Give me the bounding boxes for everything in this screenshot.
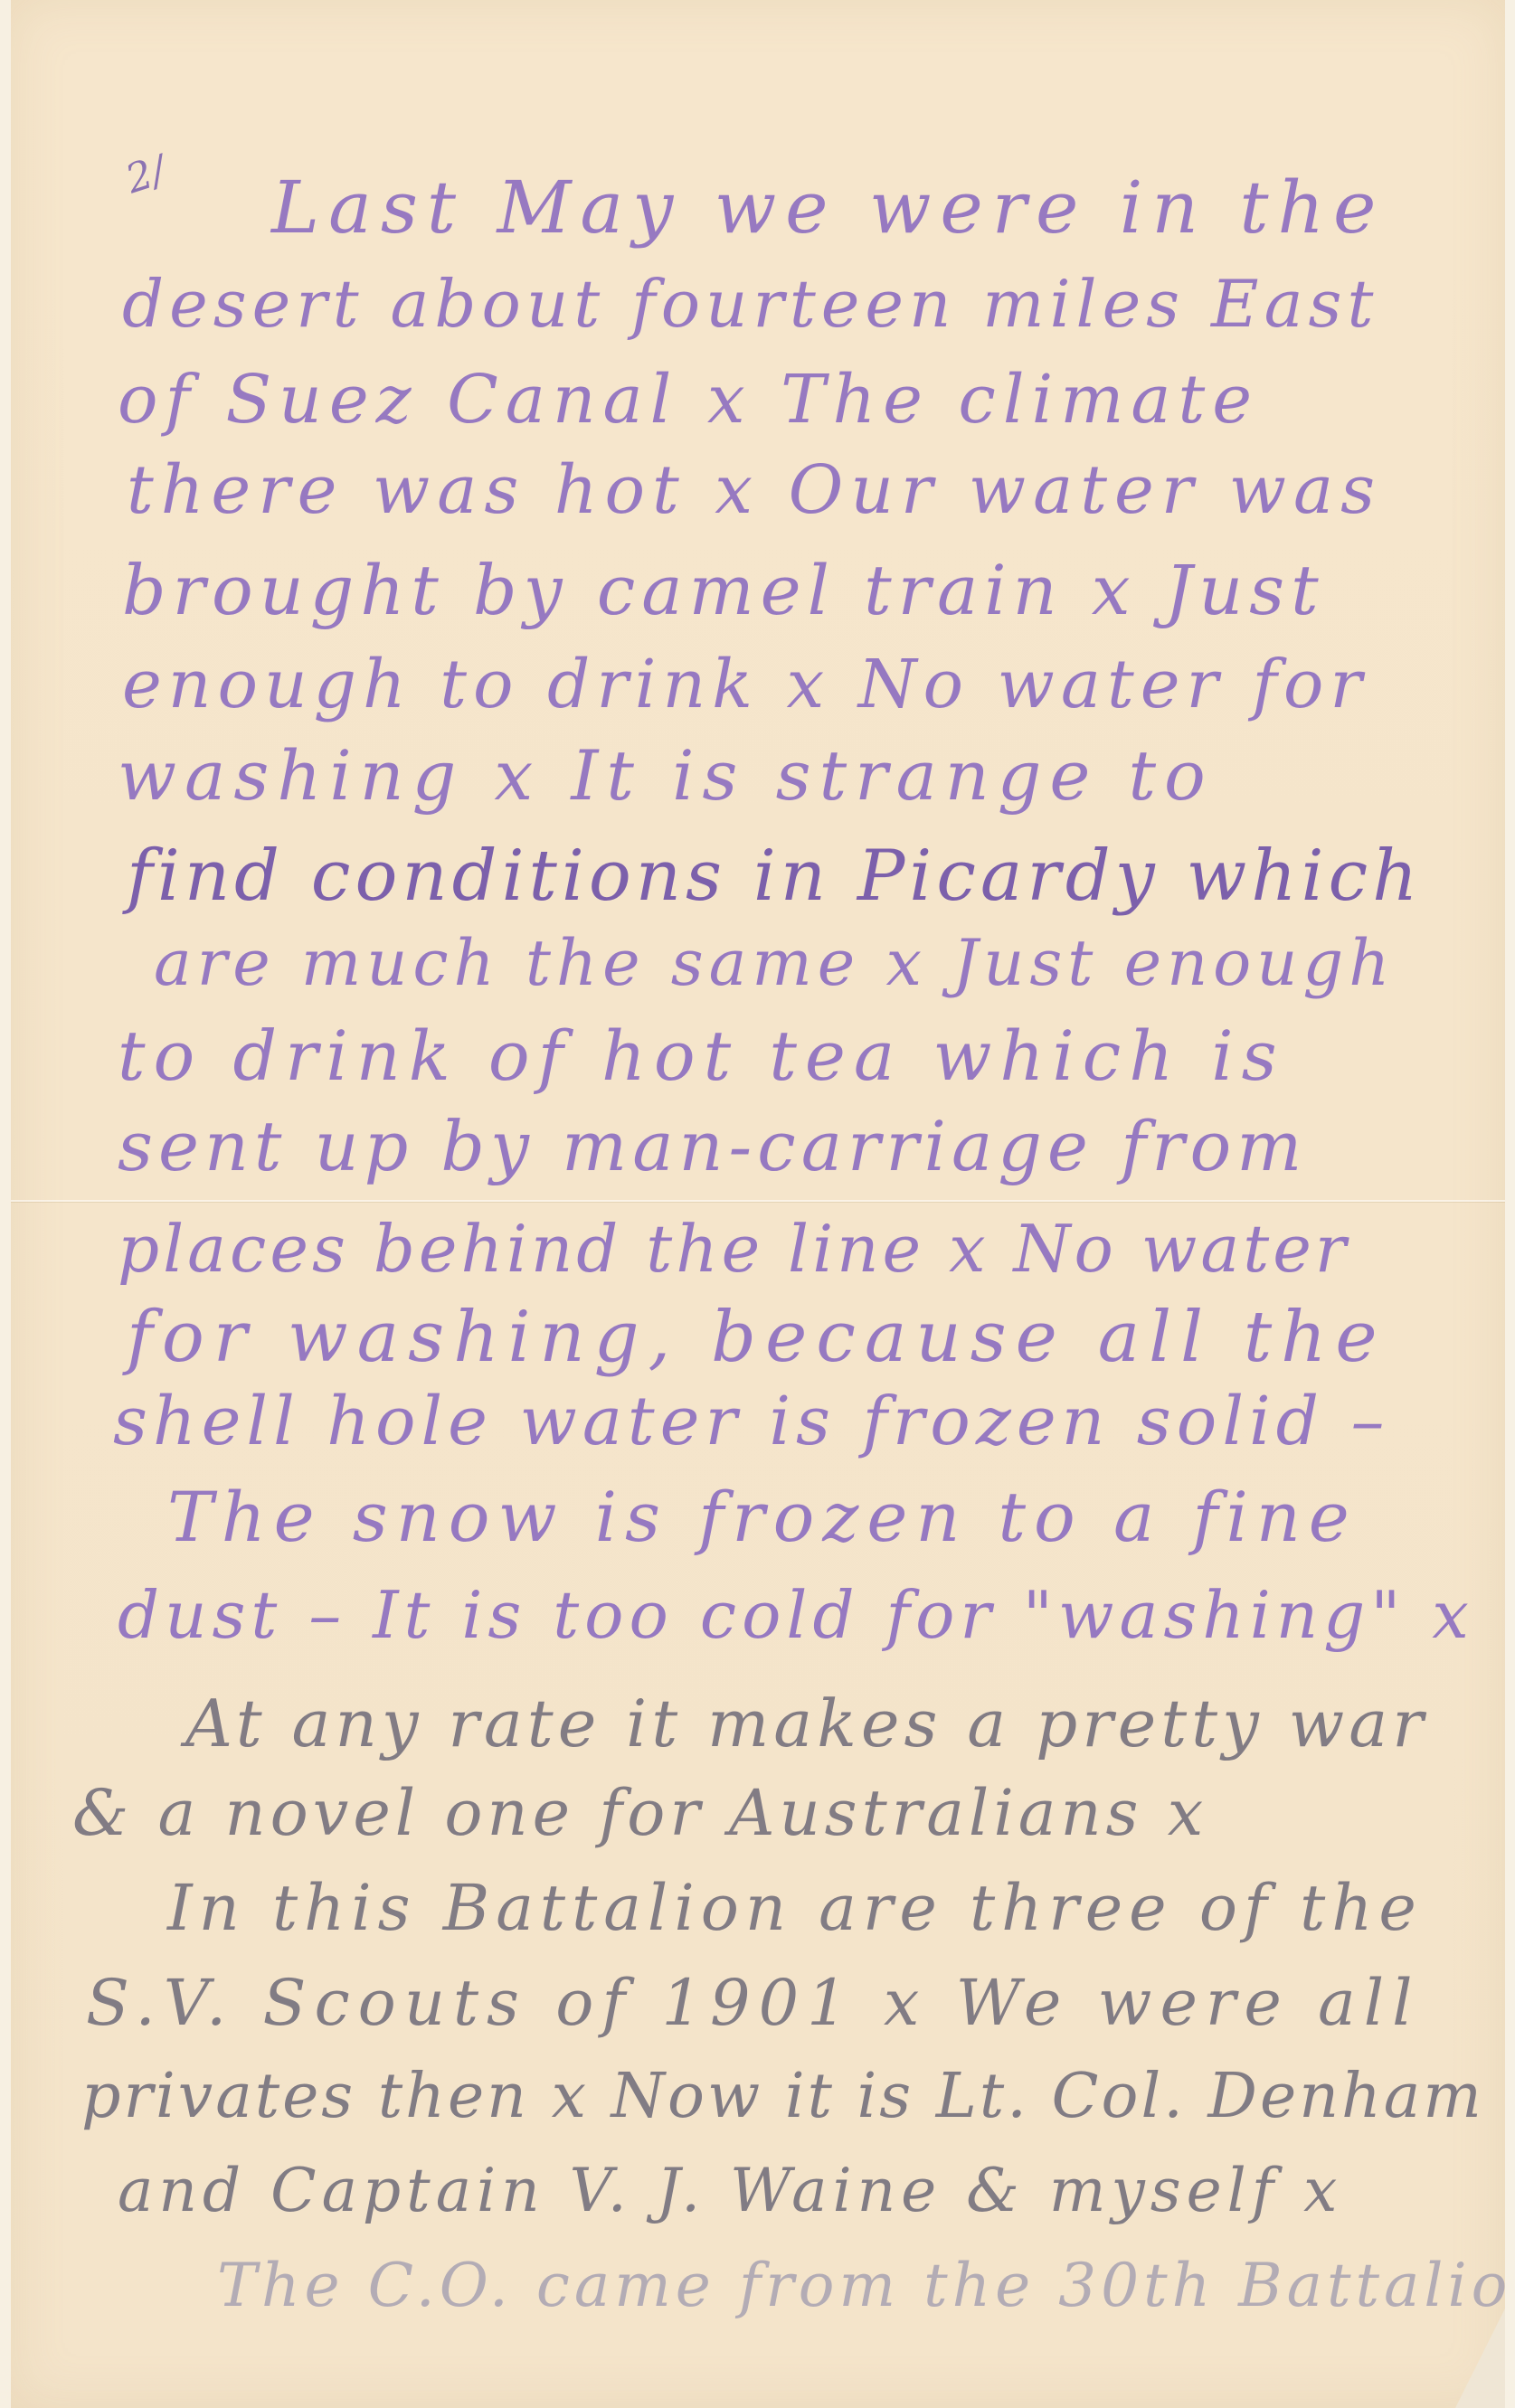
handwritten-line: dust – It is too cold for "washing" x [118, 1582, 1474, 1648]
handwritten-line: brought by camel train x Just [122, 556, 1325, 625]
handwritten-line: S.V. Scouts of 1901 x We were all [86, 1971, 1421, 2035]
handwritten-line: places behind the line x No water [118, 1216, 1349, 1281]
handwritten-line: The C.O. came from the 30th Battalion [217, 2256, 1515, 2316]
handwritten-line: & a novel one for Australians x [72, 1781, 1207, 1845]
handwritten-line: and Captain V. J. Waine & myself x [118, 2161, 1342, 2221]
handwritten-line: The snow is frozen to a fine [167, 1483, 1358, 1552]
handwritten-line: In this Battalion are three of the [167, 1876, 1423, 1940]
handwritten-line: are much the same x Just enough [154, 931, 1395, 995]
page-edge-right [1505, 0, 1515, 2408]
handwritten-line: desert about fourteen miles East [122, 271, 1378, 336]
handwritten-line: privates then x Now it is Lt. Col. Denha… [81, 2066, 1484, 2128]
handwritten-line: find conditions in Picardy which [127, 841, 1422, 911]
handwritten-line: for washing, because all the [127, 1302, 1387, 1373]
handwritten-line: shell hole water is frozen solid – [113, 1388, 1390, 1455]
handwritten-line: sent up by man-carriage from [118, 1112, 1307, 1181]
paper-fold-line [11, 1200, 1505, 1202]
handwritten-line: Last May we were in the [271, 172, 1385, 244]
handwritten-line: enough to drink x No water for [122, 651, 1368, 718]
handwritten-line: of Suez Canal x The climate [118, 366, 1259, 433]
handwritten-line: to drink of hot tea which is [118, 1022, 1285, 1091]
page-edge-left [0, 0, 11, 2408]
handwritten-line: there was hot x Our water was [127, 457, 1382, 524]
handwritten-line: washing x It is strange to [118, 741, 1214, 810]
handwritten-line: At any rate it makes a pretty war [185, 1691, 1428, 1756]
folded-corner [1455, 2309, 1505, 2408]
